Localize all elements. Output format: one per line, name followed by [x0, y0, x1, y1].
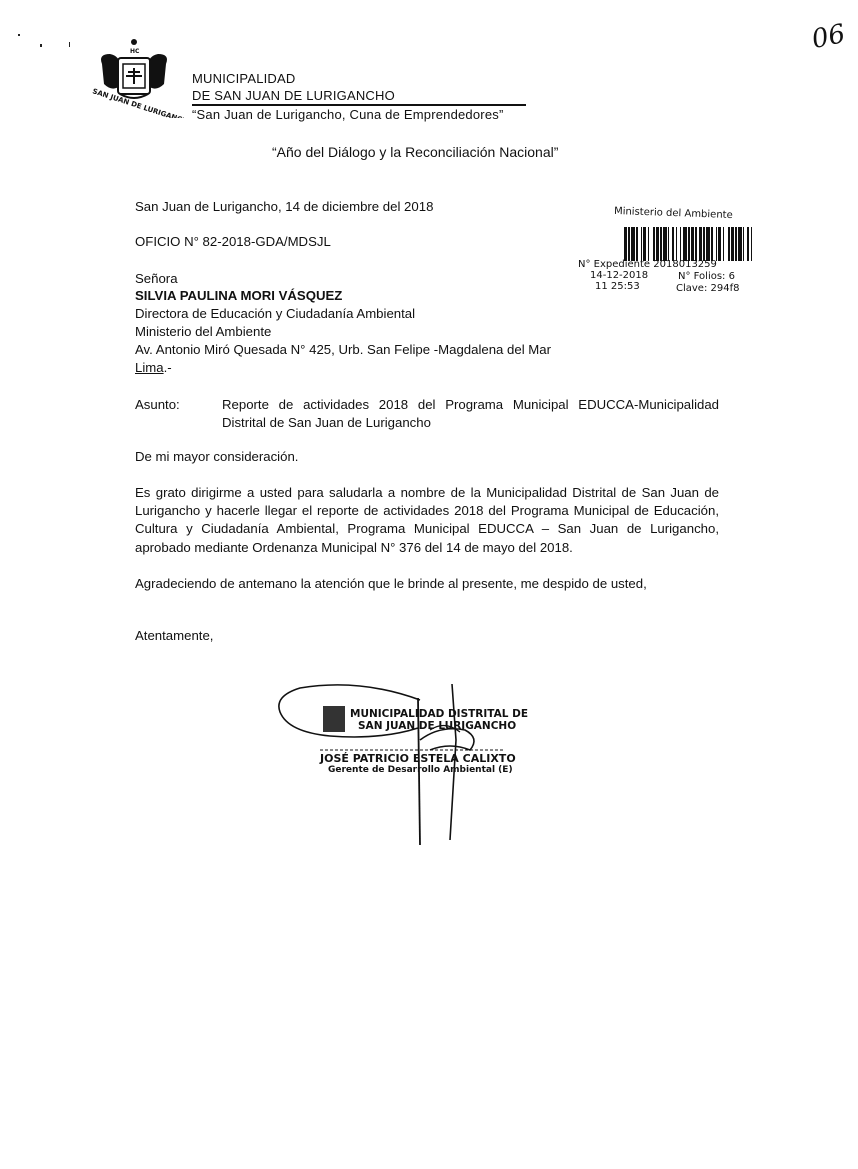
org-slogan: “San Juan de Lurigancho, Cuna de Emprend…	[192, 106, 504, 123]
year-motto-text: “Año del Diálogo y la Reconciliación Nac…	[272, 144, 558, 160]
signer-name: JOSÉ PATRICIO ESTELA CALIXTO	[320, 752, 516, 765]
recipient-institution: Ministerio del Ambiente	[135, 323, 271, 341]
municipal-coat-of-arms-logo: HC SAN JUAN DE LURIGANCHO	[92, 36, 184, 118]
stamp-folios: N° Folios: 6	[678, 271, 735, 282]
salutation-title: Señora	[135, 270, 178, 288]
subject-label: Asunto:	[135, 396, 180, 414]
scan-speck	[40, 44, 42, 47]
seal-line2: SAN JUAN DE LURIGANCHO	[358, 720, 516, 732]
greeting: De mi mayor consideración.	[135, 448, 298, 466]
recipient-name: SILVIA PAULINA MORI VÁSQUEZ	[135, 287, 342, 305]
subject-text: Reporte de actividades 2018 del Programa…	[222, 396, 719, 432]
body-line: Cultura y Ciudadanía Ambiental, Programa…	[135, 520, 719, 538]
body-line: Lurigancho y hacerle llegar el reporte d…	[135, 502, 719, 520]
stamp-institution: Ministerio del Ambiente	[614, 206, 733, 221]
org-name-line1: MUNICIPALIDAD	[192, 70, 295, 87]
stamp-clave: Clave: 294f8	[676, 283, 739, 294]
seal-line1: MUNICIPALIDAD DISTRITAL DE	[350, 708, 528, 720]
signature-block: MUNICIPALIDAD DISTRITAL DE SAN JUAN DE L…	[270, 670, 540, 850]
scan-speck	[69, 42, 70, 47]
signer-title: Gerente de Desarrollo Ambiental (E)	[328, 765, 513, 775]
recipient-city: Lima	[135, 360, 164, 375]
closing: Atentamente,	[135, 627, 213, 645]
stamp-expediente: N° Expediente 2018013259	[578, 259, 717, 270]
barcode-icon	[624, 227, 754, 261]
stamp-time: 11 25:53	[595, 281, 640, 292]
org-name-line2: DE SAN JUAN DE LURIGANCHO	[192, 87, 395, 104]
recipient-position: Directora de Educación y Ciudadanía Ambi…	[135, 305, 415, 323]
body-line: aprobado mediante Ordenanza Municipal N°…	[135, 539, 719, 557]
recipient-address: Av. Antonio Miró Quesada N° 425, Urb. Sa…	[135, 341, 551, 359]
reception-stamp: Ministerio del Ambiente N° Expediente 20…	[568, 204, 768, 299]
recipient-city-suffix: .-	[164, 360, 172, 375]
recipient-city-line: Lima.-	[135, 359, 172, 377]
body-paragraph: Es grato dirigirme a usted para saludarl…	[135, 484, 719, 557]
svg-text:HC: HC	[130, 48, 140, 55]
stamp-date: 14-12-2018	[590, 270, 648, 281]
closing-sentence: Agradeciendo de antemano la atención que…	[135, 575, 647, 593]
document-reference: OFICIO N° 82-2018-GDA/MDSJL	[135, 233, 331, 251]
handwritten-folio-number: 06	[809, 19, 848, 55]
body-line: Es grato dirigirme a usted para saludarl…	[135, 484, 719, 502]
scan-speck	[18, 34, 20, 36]
place-date: San Juan de Lurigancho, 14 de diciembre …	[135, 198, 433, 216]
